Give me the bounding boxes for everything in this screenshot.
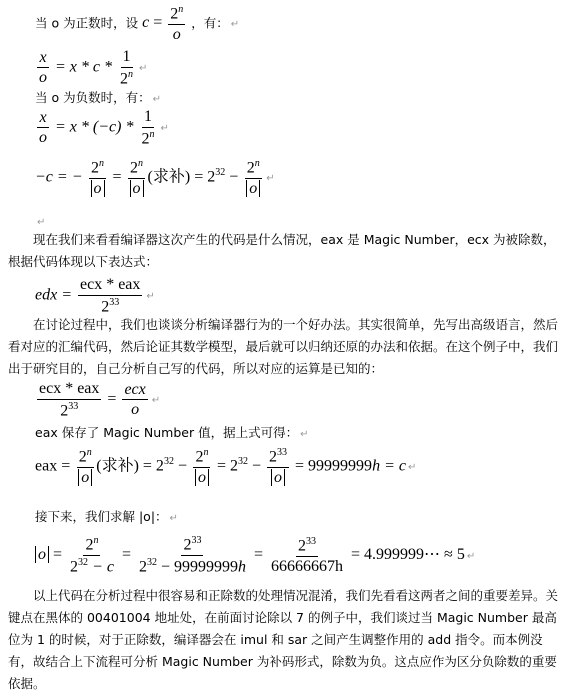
fraction: 2n o xyxy=(168,4,185,44)
label: ，有： xyxy=(191,15,229,30)
return-mark-icon: ↵ xyxy=(467,551,475,562)
equation-1: x o = x * c * 1 2n ↵ xyxy=(35,48,147,88)
numerator: ecx xyxy=(122,381,147,401)
denominator: 2n xyxy=(118,68,135,88)
denominator: 233 xyxy=(58,400,80,420)
denominator: o xyxy=(244,179,262,198)
denominator: 233 xyxy=(99,296,121,316)
text-eax-magic: eax 保存了 Magic Number 值，据上式可得：↵ xyxy=(35,423,308,441)
denominator: o xyxy=(129,400,141,419)
numerator: x xyxy=(37,109,48,129)
paragraph-1: 现在我们来看看编译器这次产生的代码是什么情况，eax 是 Magic Numbe… xyxy=(8,229,564,273)
complement-label: (求补) xyxy=(148,168,191,185)
expr: −c = − xyxy=(35,168,83,185)
numerator: 233 xyxy=(181,535,203,556)
expr: = x * (−c) * xyxy=(55,118,133,135)
numerator: 2n xyxy=(168,4,185,25)
return-mark-icon: ↵ xyxy=(408,462,416,473)
fraction: 2n o xyxy=(76,447,94,487)
paragraph-2: 在讨论过程中，我们也谈谈分析编译器行为的一个好办法。其实很简单，先写出高级语言，… xyxy=(8,314,564,380)
empty-paragraph: ↵ xyxy=(35,213,45,228)
paragraph-3: 以上代码在分析过程中很容易和正除数的处理情况混淆，我们先看看这两者之间的重要差异… xyxy=(8,585,564,695)
result: = 4.999999⋯ ≈ 5 xyxy=(351,546,465,563)
denominator: o xyxy=(128,179,146,198)
denominator: o xyxy=(269,468,287,487)
numerator: 2n xyxy=(128,158,145,179)
expr: = 2 xyxy=(143,457,164,474)
denominator: o xyxy=(37,128,49,147)
numerator: 1 xyxy=(121,48,133,68)
fraction: x o xyxy=(37,49,49,87)
numerator: x xyxy=(37,49,48,69)
return-mark-icon: ↵ xyxy=(170,513,178,524)
expr: edx = xyxy=(35,286,72,303)
fraction: 1 2n xyxy=(118,48,135,88)
fraction: 2n o xyxy=(193,447,211,487)
return-mark-icon: ↵ xyxy=(152,395,160,406)
return-mark-icon: ↵ xyxy=(146,291,154,302)
text-solve-o: 接下来，我们求解 |o|：↵ xyxy=(35,507,178,525)
equation-5: ecx * eax 233 = ecx o ↵ xyxy=(35,380,160,420)
numerator: 2n xyxy=(83,535,100,556)
equation-2: x o = x * (−c) * 1 2n ↵ xyxy=(35,108,169,148)
fraction: 233 o xyxy=(267,447,289,487)
numerator: 2n xyxy=(193,447,210,468)
eq-sign: = xyxy=(53,546,62,563)
label: eax 保存了 Magic Number 值，据上式可得： xyxy=(35,425,298,440)
equation-7: o = 2n 232 − c = 233 232 − 99999999h = 2… xyxy=(35,535,475,576)
denominator: 232 − c xyxy=(68,556,116,576)
equation-4: edx = ecx * eax 233 ↵ xyxy=(35,276,155,316)
equation-3: −c = − 2n o = 2n o (求补) = 232 − 2n o ↵ xyxy=(35,158,275,198)
minus: − xyxy=(178,457,187,474)
fraction: 2n o xyxy=(244,158,262,198)
denominator: o xyxy=(89,179,107,198)
math-c-def: c = 2n o xyxy=(142,14,191,31)
var-c: c xyxy=(142,14,149,31)
complement-label: (求补) xyxy=(96,457,139,474)
numerator: 2n xyxy=(245,158,262,179)
fraction: ecx o xyxy=(122,381,147,419)
denominator: o xyxy=(37,68,49,87)
eq-sign: = xyxy=(113,168,122,185)
expr: = 2 xyxy=(217,457,238,474)
expr: = x * c * xyxy=(55,58,112,75)
denominator: o xyxy=(193,468,211,487)
expr: = c xyxy=(384,457,406,474)
return-mark-icon: ↵ xyxy=(160,123,168,134)
numerator: 233 xyxy=(267,447,289,468)
equation-6: eax = 2n o (求补) = 232 − 2n o = 232 − 233… xyxy=(35,447,416,487)
numerator: 1 xyxy=(142,108,154,128)
return-mark-icon: ↵ xyxy=(37,217,45,228)
minus: − xyxy=(229,168,238,185)
eq-sign: = xyxy=(254,546,263,563)
return-mark-icon: ↵ xyxy=(231,19,239,30)
numerator: ecx * eax xyxy=(78,276,142,296)
text-positive-case: 当 o 为正数时，设 c = 2n o ，有：↵ xyxy=(35,4,239,44)
eq-sign: = xyxy=(107,390,116,407)
fraction: x o xyxy=(37,109,49,147)
numerator: 2n xyxy=(89,158,106,179)
fraction: 2n o xyxy=(89,158,107,198)
return-mark-icon: ↵ xyxy=(300,429,308,440)
denominator: 2n xyxy=(139,128,156,148)
denominator: o xyxy=(76,468,94,487)
numerator: 233 xyxy=(296,536,318,557)
denominator: 232 − 99999999h xyxy=(137,556,248,576)
fraction: 1 2n xyxy=(139,108,156,148)
label: 接下来，我们求解 |o|： xyxy=(35,509,168,524)
text-negative-case: 当 o 为负数时，有：↵ xyxy=(35,88,161,106)
fraction: ecx * eax 233 xyxy=(37,380,101,420)
numerator: 2n xyxy=(77,447,94,468)
eq-sign: = xyxy=(153,14,162,31)
abs-o: o xyxy=(35,546,49,563)
expr: eax = xyxy=(35,457,70,474)
expr: = 2 xyxy=(194,168,215,185)
return-mark-icon: ↵ xyxy=(153,94,161,105)
label: 当 o 为负数时，有： xyxy=(35,90,151,105)
denominator: 66666667h xyxy=(269,557,345,576)
denominator: o xyxy=(171,25,183,44)
return-mark-icon: ↵ xyxy=(266,173,274,184)
fraction: ecx * eax 233 xyxy=(78,276,142,316)
expr: = 99999999 xyxy=(295,457,372,474)
fraction: 233 232 − 99999999h xyxy=(137,535,248,576)
numerator: ecx * eax xyxy=(37,380,101,400)
eq-sign: = xyxy=(122,546,131,563)
fraction: 2n o xyxy=(128,158,146,198)
minus: − xyxy=(252,457,261,474)
fraction: 233 66666667h xyxy=(269,536,345,576)
fraction: 2n 232 − c xyxy=(68,535,116,576)
return-mark-icon: ↵ xyxy=(139,63,147,74)
label: 当 o 为正数时，设 xyxy=(35,15,138,30)
